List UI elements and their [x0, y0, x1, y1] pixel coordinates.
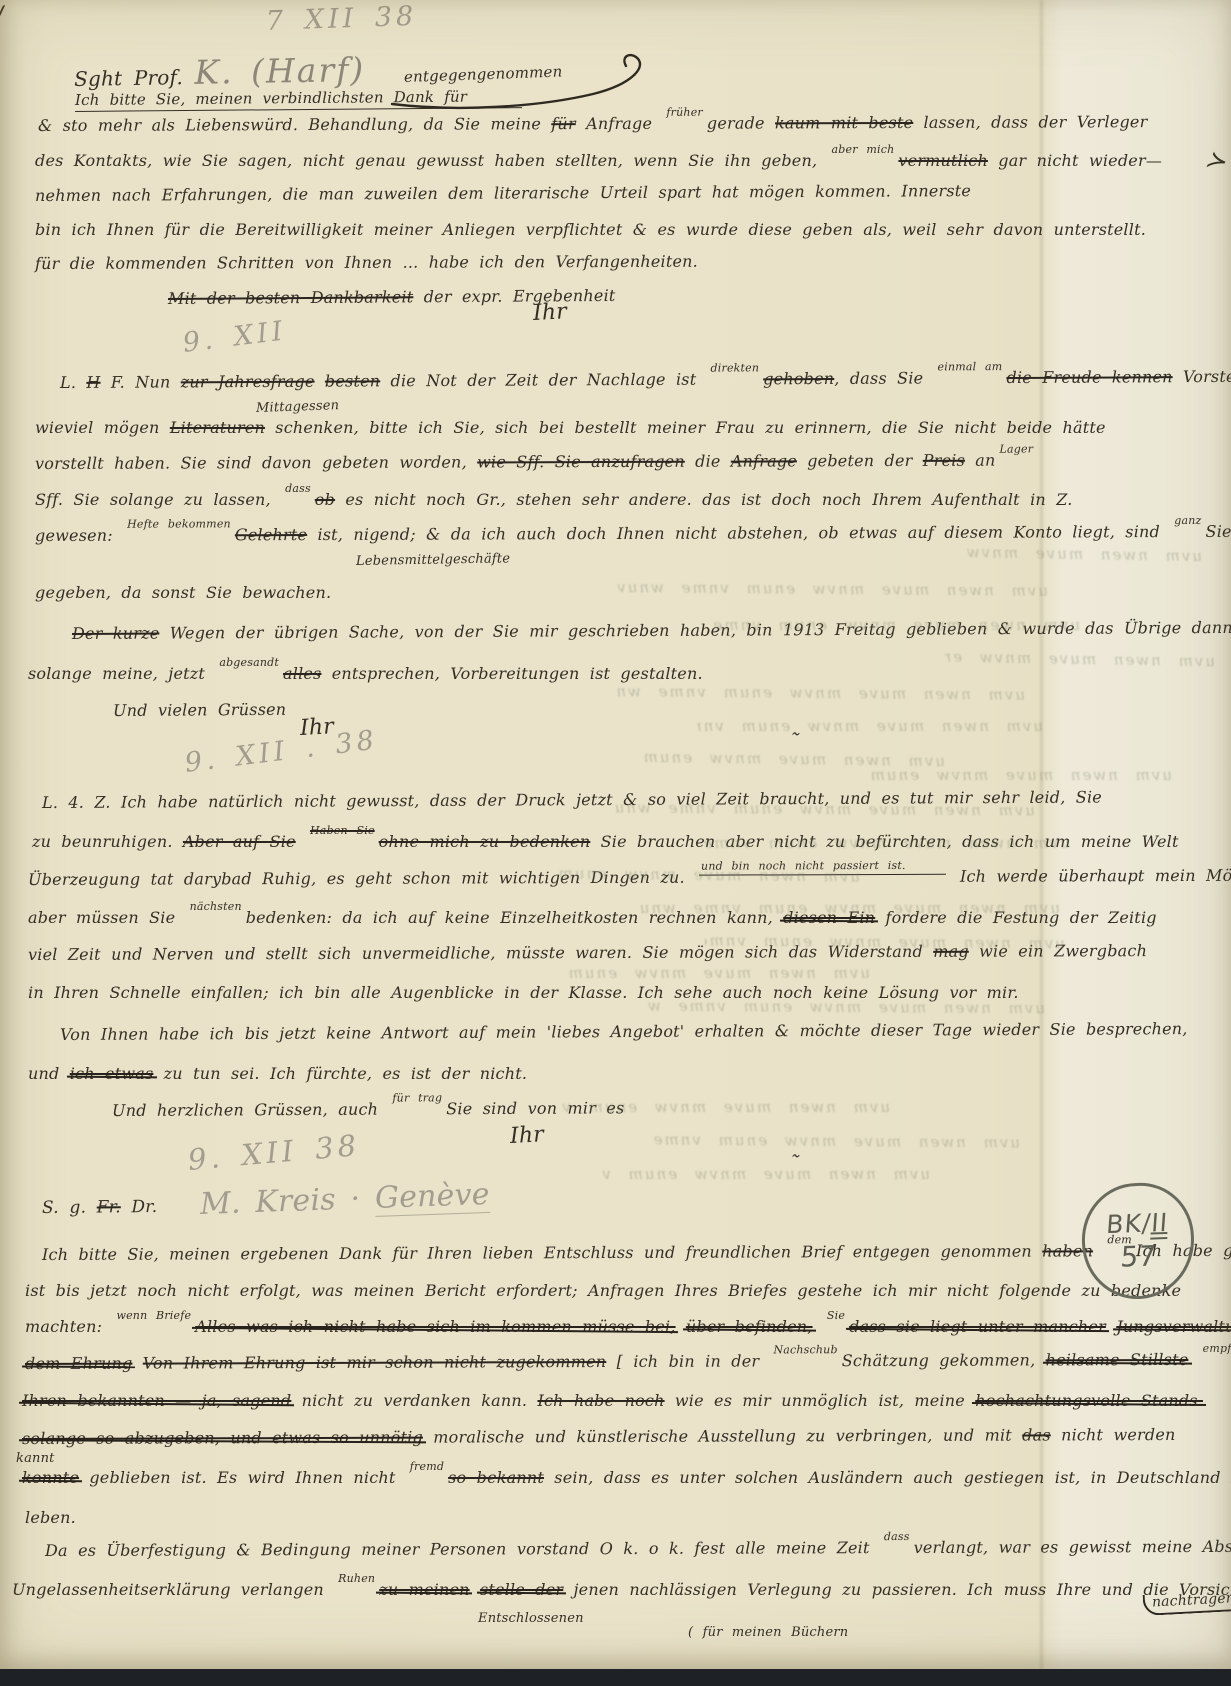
stamp-code: BK/II	[1106, 1208, 1170, 1239]
text-segment: nicht werden	[1051, 1425, 1176, 1444]
text-segment: ist, nigend; & da ich auch doch Ihnen ni…	[307, 522, 1170, 544]
text-segment: Sght Prof.	[74, 65, 183, 91]
text-segment	[1188, 1350, 1198, 1369]
text-segment: wenn Briefe	[116, 1309, 191, 1322]
text-segment: hochachtungsvolle Stands.	[975, 1391, 1203, 1410]
handwriting-line: für die kommenden Schritten von Ihnen ..…	[35, 254, 698, 272]
text-segment: abgesandt	[219, 656, 279, 669]
pencil-name-kreis-geneve: M. Kreis · Genève	[199, 1180, 490, 1220]
pencil-date-9-xii: 9. XII	[181, 317, 287, 356]
handwriting-line: leben.	[25, 1510, 76, 1526]
text-segment: für trag	[392, 1091, 442, 1104]
bleedthrough-ghost-line: uvm nwen muve mnvw enum vnme wnuv emnw u…	[560, 1098, 890, 1116]
text-segment: nicht zu verdanken kann.	[291, 1391, 537, 1410]
text-segment: zu tun sei. Ich fürchte, es ist der nich…	[153, 1064, 527, 1083]
insertion-below: Lebensmittelgeschäfte	[356, 552, 510, 568]
handwriting-line: ist bis jetzt noch nicht erfolgt, was me…	[25, 1283, 1181, 1299]
text-segment: machten:	[25, 1317, 112, 1336]
text-segment: fremd	[410, 1460, 444, 1473]
text-segment: Der kurze	[72, 624, 159, 643]
insertion-below: Entschlossenen	[478, 1612, 584, 1625]
paper-sheet: 7 XII 38⁄Sght Prof. K. (Harf)entgegengen…	[0, 0, 1231, 1669]
text-segment: die Freude kennen	[1006, 367, 1172, 387]
text-segment: Nachschub	[773, 1343, 837, 1356]
text-segment: moralische und künstlerische Ausstellung…	[423, 1426, 1022, 1447]
text-segment: ist bis jetzt noch nicht erfolgt, was me…	[25, 1281, 1181, 1300]
text-segment: zu meinen	[379, 1580, 469, 1599]
text-segment: gebeten der	[797, 451, 923, 470]
handwriting-line: Da es Überfestigung & Bedingung meiner P…	[45, 1538, 1231, 1559]
bleedthrough-ghost-line: uvm nwen muve mnvw enum vnme wnuv emnw u…	[618, 578, 1048, 600]
salutation-line-4: S. g. Fr. Dr.	[42, 1199, 157, 1217]
text-segment: dass sie liegt unter mancher	[849, 1317, 1106, 1336]
text-segment	[813, 1317, 823, 1336]
text-segment: dem Ehrung	[25, 1354, 133, 1373]
text-segment: dass	[285, 482, 311, 495]
text-segment: nehmen nach Erfahrungen, die man zuweile…	[35, 181, 971, 205]
text-segment: bin ich Ihnen für die Bereitwilligkeit m…	[35, 220, 1146, 239]
text-segment: Schätzung gekommen,	[842, 1350, 1046, 1370]
text-segment: & sto mehr als Liebenswürd. Behandlung, …	[38, 114, 551, 135]
text-segment	[132, 1354, 142, 1373]
text-segment: lassen, dass der Verleger	[913, 112, 1147, 132]
stamp-roman-numeral: II	[1150, 1208, 1169, 1240]
text-segment: für	[551, 114, 576, 133]
bleedthrough-ghost-line: uvm nwen muve mnvw enum vnme wnuv emnw u…	[640, 1130, 1020, 1151]
text-segment: so bekannt	[448, 1468, 544, 1487]
text-segment: aber mich	[832, 143, 895, 156]
handwriting-line: Ich bitte Sie, meinen ergebenen Dank für…	[42, 1243, 1231, 1263]
text-segment: ob	[315, 490, 335, 509]
text-segment: Haben Sie	[310, 824, 375, 837]
handwriting-line: konnte geblieben ist. Es wird Ihnen nich…	[22, 1470, 1231, 1486]
circled-nachtragen: nachtragen	[1143, 1591, 1231, 1610]
text-segment: zu beunruhigen.	[32, 832, 183, 851]
bleedthrough-ghost-line: uvm nwen muve mnvw enum vnme wnuv emnw u…	[952, 543, 1202, 565]
text-segment: ganz	[1174, 514, 1201, 527]
text-segment: Von Ihrem Ehrung ist mir schon nicht zug…	[143, 1352, 607, 1373]
handwriting-line: L. H F. Nun zur Jahresfrage besten die N…	[60, 369, 1231, 391]
text-segment: Jungsverwaltung.	[1116, 1317, 1231, 1336]
text-segment: ≻	[1203, 144, 1229, 176]
text-segment: , dass Sie	[834, 368, 933, 388]
text-segment: über befinden,	[686, 1317, 813, 1336]
text-segment: Ihren bekannten — ja, sagend	[22, 1391, 291, 1410]
text-segment: Sff. Sie solange zu lassen,	[35, 490, 281, 509]
handwriting-line: und ich etwas zu tun sei. Ich fürchte, e…	[28, 1066, 527, 1082]
text-segment: jenen nachlässigen Verlegung zu passiere…	[563, 1580, 1231, 1599]
text-segment: gewesen:	[35, 526, 123, 545]
text-segment: die	[685, 452, 731, 471]
text-segment: besten	[325, 371, 380, 390]
text-segment: M. Kreis ·	[199, 1181, 375, 1222]
text-segment: H	[86, 373, 100, 392]
signature-ihr: Ihr	[509, 1124, 544, 1148]
text-segment: Mittagessen	[256, 398, 340, 416]
scanned-letter-page: 7 XII 38⁄Sght Prof. K. (Harf)entgegengen…	[0, 0, 1231, 1686]
text-segment: sein, dass es unter solchen Ausländern a…	[544, 1468, 1231, 1487]
text-segment: Ungelassenheitserklärung verlangen	[12, 1580, 334, 1599]
handwriting-line: gewesen: Hefte bekommenGelehrte ist, nig…	[35, 524, 1231, 544]
text-segment: Ich bitte Sie, meinen ergebenen Dank für…	[42, 1242, 1042, 1264]
text-segment: kannt	[16, 1451, 55, 1466]
bleedthrough-ghost-line: uvm nwen muve mnvw enum vnme wnuv emnw u…	[645, 997, 1045, 1018]
text-segment: aber müssen Sie	[28, 908, 186, 927]
text-segment: Aber auf Sie	[183, 832, 296, 851]
text-segment	[296, 832, 306, 851]
handwriting-line: Von Ihnen habe ich bis jetzt keine Antwo…	[60, 1021, 1188, 1043]
text-segment: Literaturen	[170, 418, 265, 437]
text-segment	[315, 372, 325, 391]
handwriting-line: wieviel mögen Literaturen schenken, bitt…	[35, 420, 1106, 436]
text-segment: heilsame Stillste	[1046, 1350, 1189, 1369]
handwriting-line: & sto mehr als Liebenswürd. Behandlung, …	[38, 114, 1148, 134]
text-segment: [ ich bin in der	[606, 1351, 769, 1371]
text-segment: Hefte bekommen	[127, 517, 231, 530]
handwriting-line: Und vielen Grüssen	[113, 702, 286, 719]
text-segment: die Not der Zeit der Nachlage ist	[380, 370, 706, 391]
text-segment: L.	[60, 373, 87, 392]
text-segment: ohne mich zu bedenken	[379, 832, 591, 851]
text-segment: gehoben	[763, 369, 834, 388]
text-segment: Sie	[827, 1309, 845, 1322]
bleedthrough-ghost-line: uvm nwen muve mnvw enum vnme wnuv emnw u…	[945, 648, 1215, 671]
text-segment: Preis	[923, 451, 965, 470]
text-segment: vorstellt haben. Sie sind davon gebeten …	[35, 452, 477, 473]
text-segment: alles	[283, 664, 321, 683]
handwriting-line: nehmen nach Erfahrungen, die man zuweile…	[35, 183, 971, 204]
insertion-below: ( für meinen Büchern	[688, 1626, 848, 1639]
text-segment: Mit der besten Dankbarkeit	[168, 287, 414, 308]
text-segment: Und herzlichen Grüssen, auch	[112, 1100, 389, 1120]
text-segment: Von Ihnen habe ich bis jetzt keine Antwo…	[60, 1019, 1188, 1044]
bleedthrough-ghost-line: uvm nwen muve mnvw enum vnme wnuv emnw u…	[600, 1165, 930, 1183]
handwriting-line: gegeben, da sonst Sie bewachen.	[35, 585, 331, 601]
bleedthrough-ghost-line: uvm nwen muve mnvw enum vnme wnuv emnw u…	[560, 864, 860, 885]
text-segment: der expr. Ergebenheit	[413, 286, 615, 306]
text-segment: gar nicht wieder—	[988, 151, 1162, 170]
text-segment: geblieben ist. Es wird Ihnen nicht	[79, 1468, 406, 1487]
text-segment: des Kontakts, wie Sie sagen, nicht genau…	[35, 151, 828, 170]
text-segment: Alles was ich nicht habe sich im kommen …	[195, 1317, 675, 1336]
text-segment: Ruhen	[338, 1572, 375, 1585]
handwriting-line: solange meine, jetzt abgesandtalles ents…	[28, 666, 703, 682]
bleedthrough-ghost-line: uvm nwen muve mnvw enum vnme wnuv emnw u…	[872, 766, 1172, 784]
text-segment: direkten	[710, 361, 759, 374]
text-segment: früher	[666, 106, 703, 119]
text-segment: das	[1022, 1425, 1051, 1444]
text-segment: K. (Harf)	[194, 50, 365, 92]
text-segment: wieviel mögen	[35, 418, 170, 437]
text-segment: Entschlossenen	[478, 1611, 584, 1626]
text-segment: 9. XII 38	[186, 1128, 361, 1177]
bleedthrough-ghost-line: uvm nwen muve mnvw enum vnme wnuv emnw u…	[640, 899, 1060, 917]
text-segment: Da es Überfestigung & Bedingung meiner P…	[45, 1538, 880, 1560]
bleedthrough-ghost-line: uvm nwen muve mnvw enum vnme wnuv emnw u…	[615, 799, 1035, 820]
text-segment: ⁄	[0, 2, 5, 37]
text-segment: für die kommenden Schritten von Ihnen ..…	[35, 252, 698, 273]
insertion-flourish	[388, 50, 660, 114]
pencil-date-9-xii-38: 9. XII . 38	[183, 726, 379, 776]
text-segment: F. Nun	[101, 372, 181, 391]
text-segment: Ihr	[509, 1122, 544, 1149]
text-segment: Anfrage	[731, 451, 797, 470]
bleedthrough-ghost-line: uvm nwen muve mnvw enum vnme wnuv emnw u…	[700, 834, 1070, 852]
pencil-date-9-xii-38-b: 9. XII 38	[187, 1131, 361, 1175]
text-segment: 9. XII . 38	[183, 724, 379, 778]
text-segment: Ich werde überhaupt mein Möglichstes tun…	[950, 865, 1231, 886]
handwriting-line: Und herzlichen Grüssen, auch für tragSie…	[112, 1100, 624, 1119]
text-segment: zur Jahresfrage	[181, 372, 315, 392]
text-segment: Anfrage	[576, 114, 663, 133]
pencil-date-7-xii-38: 7 XII 38	[266, 3, 418, 35]
handwriting-line: dem Ehrung Von Ihrem Ehrung ist mir scho…	[25, 1351, 1231, 1372]
handwriting-line: solange so abzugeben, und etwas so unnöt…	[22, 1427, 1176, 1447]
text-segment: ich etwas	[70, 1064, 154, 1083]
text-segment: leben.	[25, 1508, 76, 1527]
text-segment	[1106, 1317, 1116, 1336]
text-segment: Und vielen Grüssen	[113, 700, 286, 720]
text-segment: Gelehrte	[235, 525, 307, 544]
text-segment: verlangt, war es gewisst meine Absicht, …	[914, 1536, 1231, 1557]
text-segment: Ich habe noch	[537, 1391, 664, 1410]
bleedthrough-ghost-line: uvm nwen muve mnvw enum vnme wnuv emnw u…	[560, 964, 870, 982]
handwriting-line: Ihren bekannten — ja, sagend nicht zu ve…	[22, 1393, 1203, 1409]
text-segment: stelle der	[480, 1580, 563, 1599]
stamp-number: 57	[1120, 1239, 1158, 1273]
text-segment: dass	[884, 1530, 910, 1543]
insertion-below: kannt	[16, 1452, 55, 1465]
text-segment: Lebensmittelgeschäfte	[356, 551, 510, 569]
text-segment: solange meine, jetzt	[28, 664, 215, 683]
text-segment: 7 XII 38	[265, 1, 417, 37]
text-segment: gerade	[707, 113, 775, 132]
text-segment: wie Sff. Sie anzufragen	[477, 452, 685, 472]
text-segment: kaum mit beste	[775, 113, 913, 132]
text-segment: nachtragen	[1143, 1590, 1231, 1616]
signature-ihr: Ihr	[532, 301, 567, 325]
text-segment	[470, 1580, 480, 1599]
scan-bottom-edge	[0, 1669, 1231, 1686]
text-segment: solange so abzugeben, und etwas so unnöt…	[22, 1428, 423, 1448]
text-segment: Sie für a	[1206, 522, 1231, 541]
insertion-below: Mittagessen	[256, 399, 340, 415]
text-segment: ( für meinen Büchern	[688, 1625, 848, 1640]
text-segment: wie es mir unmöglich ist, meine	[665, 1391, 976, 1410]
bleedthrough-ghost-line: uvm nwen muve mnvw enum vnme wnuv emnw u…	[705, 931, 1065, 952]
text-segment: S. g.	[42, 1198, 97, 1218]
text-segment: 9. XII	[181, 315, 288, 358]
text-segment: entsprechen, Vorbereitungen ist gestalte…	[321, 664, 702, 683]
text-segment: schenken, bitte ich Sie, sich bei bestel…	[265, 418, 1106, 437]
bleedthrough-ghost-line: uvm nwen muve mnvw enum vnme wnuv emnw u…	[698, 717, 1043, 735]
text-segment: Fr.	[97, 1197, 121, 1217]
handwriting-line: Ungelassenheitserklärung verlangen Ruhen…	[12, 1582, 1231, 1598]
text-segment: an	[965, 451, 996, 470]
margin-mark: ⁄	[0, 5, 5, 35]
handwriting-line: bin ich Ihnen für die Bereitwilligkeit m…	[35, 222, 1146, 238]
text-segment: einmal am	[937, 360, 1002, 373]
text-segment: Lager	[999, 443, 1033, 456]
handwriting-line: machten: wenn BriefeAlles was ich nicht …	[25, 1319, 1231, 1335]
edge-mark: ≻	[1204, 146, 1229, 174]
bleedthrough-ghost-line: uvm nwen muve mnvw enum vnme wnuv emnw u…	[700, 616, 1080, 634]
text-segment: Dr.	[121, 1197, 158, 1217]
text-segment: gegeben, da sonst Sie bewachen.	[35, 583, 331, 602]
bleedthrough-ghost-line: uvm nwen muve mnvw enum vnme wnuv emnw u…	[615, 682, 1025, 704]
handwriting-line: vorstellt haben. Sie sind davon gebeten …	[35, 453, 1037, 472]
text-segment: Ihr	[532, 299, 567, 326]
salutation-line-1: Sght Prof. K. (Harf)	[74, 53, 366, 91]
text-segment: vermutlich	[898, 151, 988, 170]
text-segment: empfinde verstellche, Güte	[1203, 1341, 1231, 1355]
text-segment: und	[28, 1064, 70, 1083]
text-segment: Vorstehende	[1173, 367, 1231, 387]
text-segment: es nicht noch Gr., stehen sehr andere. d…	[335, 490, 1072, 509]
handwriting-line: Sff. Sie solange zu lassen, dassob es ni…	[35, 492, 1073, 508]
text-segment: konnte	[22, 1468, 79, 1487]
text-segment: Genève	[374, 1177, 490, 1217]
handwriting-line: des Kontakts, wie Sie sagen, nicht genau…	[35, 153, 1162, 169]
text-segment: nächsten	[190, 900, 242, 913]
